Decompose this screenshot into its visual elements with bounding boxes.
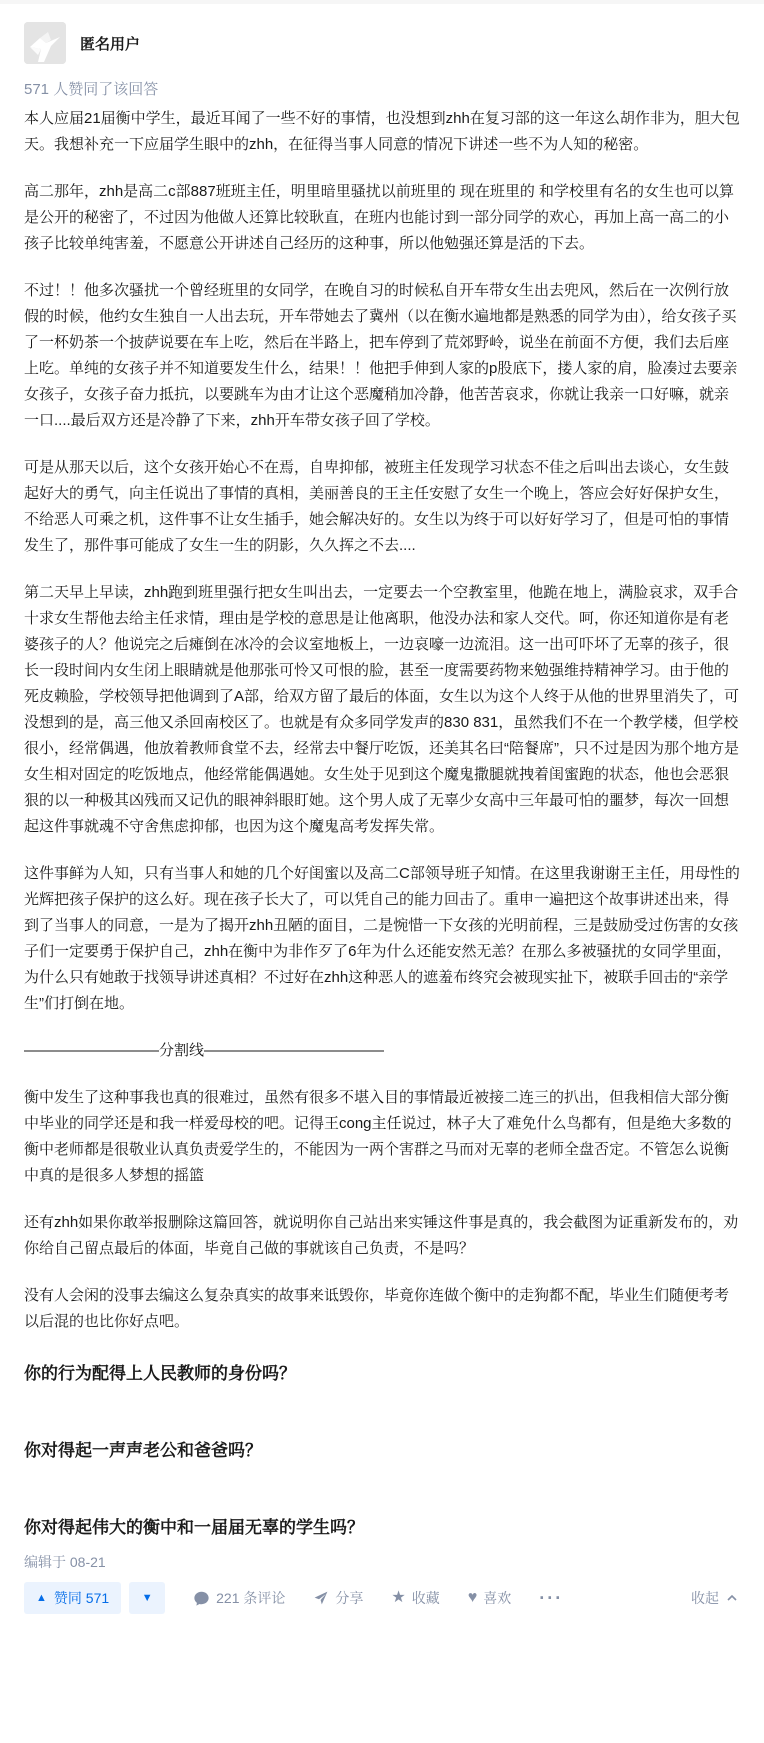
origami-crane-icon [24, 22, 66, 64]
share-button[interactable]: 分享 [313, 1582, 363, 1614]
answer-content: 本人应届21届衡中学生，最近耳闻了一些不好的事情，也没想到zhh在复习部的这一年… [24, 106, 740, 1540]
answer-paragraph: 高二那年，zhh是高二c部887班班主任，明里暗里骚扰以前班里的 现在班里的 和… [24, 179, 740, 257]
answer-paragraph: 这件事鲜为人知，只有当事人和她的几个好闺蜜以及高二C部领导班子知情。在这里我谢谢… [24, 861, 740, 1017]
vote-count-meta: 571 人赞同了该回答 [24, 80, 740, 100]
upvote-label: 赞同 571 [54, 1588, 109, 1608]
content-divider: —————————分割线———————————— [24, 1038, 740, 1064]
heart-icon: ♥ [468, 1582, 478, 1614]
upvote-triangle-icon: ▲ [36, 1592, 47, 1604]
star-icon: ★ [391, 1582, 405, 1614]
share-arrow-icon [313, 1590, 329, 1606]
downvote-triangle-icon: ▼ [142, 1592, 153, 1604]
action-bar: ▲ 赞同 571 ▼ 221 条评论 分享 ★ 收藏 [24, 1582, 740, 1614]
answer-heading: 你对得起伟大的衡中和一届届无辜的学生吗？ [24, 1515, 740, 1540]
like-button[interactable]: ♥ 喜欢 [468, 1582, 512, 1614]
collapse-label: 收起 [691, 1582, 719, 1614]
answer-paragraph: 本人应届21届衡中学生，最近耳闻了一些不好的事情，也没想到zhh在复习部的这一年… [24, 106, 740, 158]
comments-label: 221 条评论 [216, 1582, 285, 1614]
favorite-label: 收藏 [412, 1582, 440, 1614]
answer-paragraph: 第二天早上早读，zhh跑到班里强行把女生叫出去，一定要去一个空教室里，他跪在地上… [24, 580, 740, 840]
answer-paragraph: 可是从那天以后，这个女孩开始心不在焉，自卑抑郁，被班主任发现学习状态不佳之后叫出… [24, 455, 740, 559]
share-label: 分享 [335, 1582, 363, 1614]
author-name[interactable]: 匿名用户 [80, 33, 140, 54]
comment-bubble-icon [193, 1590, 210, 1607]
answer-heading: 你对得起一声声老公和爸爸吗？ [24, 1438, 740, 1463]
answer-heading: 你的行为配得上人民教师的身份吗？ [24, 1361, 740, 1386]
edit-timestamp[interactable]: 编辑于 08-21 [24, 1552, 740, 1572]
like-label: 喜欢 [483, 1582, 511, 1614]
ellipsis-icon: ··· [539, 1582, 563, 1614]
upvote-button[interactable]: ▲ 赞同 571 [24, 1582, 121, 1614]
comments-button[interactable]: 221 条评论 [193, 1582, 285, 1614]
answer-paragraph: 没有人会闲的没事去编这么复杂真实的故事来诋毁你，毕竟你连做个衡中的走狗都不配，毕… [24, 1283, 740, 1335]
answer-paragraph: 衡中发生了这种事我也真的很难过，虽然有很多不堪入目的事情最近被接二连三的扒出，但… [24, 1085, 740, 1189]
more-options-button[interactable]: ··· [539, 1582, 563, 1614]
author-row: 匿名用户 [24, 22, 740, 64]
collapse-answer-button[interactable]: 收起 [691, 1582, 738, 1614]
answer-card: 匿名用户 571 人赞同了该回答 本人应届21届衡中学生，最近耳闻了一些不好的事… [0, 4, 764, 1624]
downvote-button[interactable]: ▼ [129, 1582, 165, 1614]
answer-paragraph: 不过！！他多次骚扰一个曾经班里的女同学，在晚自习的时候私自开车带女生出去兜风，然… [24, 278, 740, 434]
anonymous-avatar[interactable] [24, 22, 66, 64]
favorite-button[interactable]: ★ 收藏 [391, 1582, 439, 1614]
chevron-up-icon [726, 1592, 738, 1604]
answer-paragraph: 还有zhh如果你敢举报删除这篇回答，就说明你自己站出来实锤这件事是真的，我会截图… [24, 1210, 740, 1262]
